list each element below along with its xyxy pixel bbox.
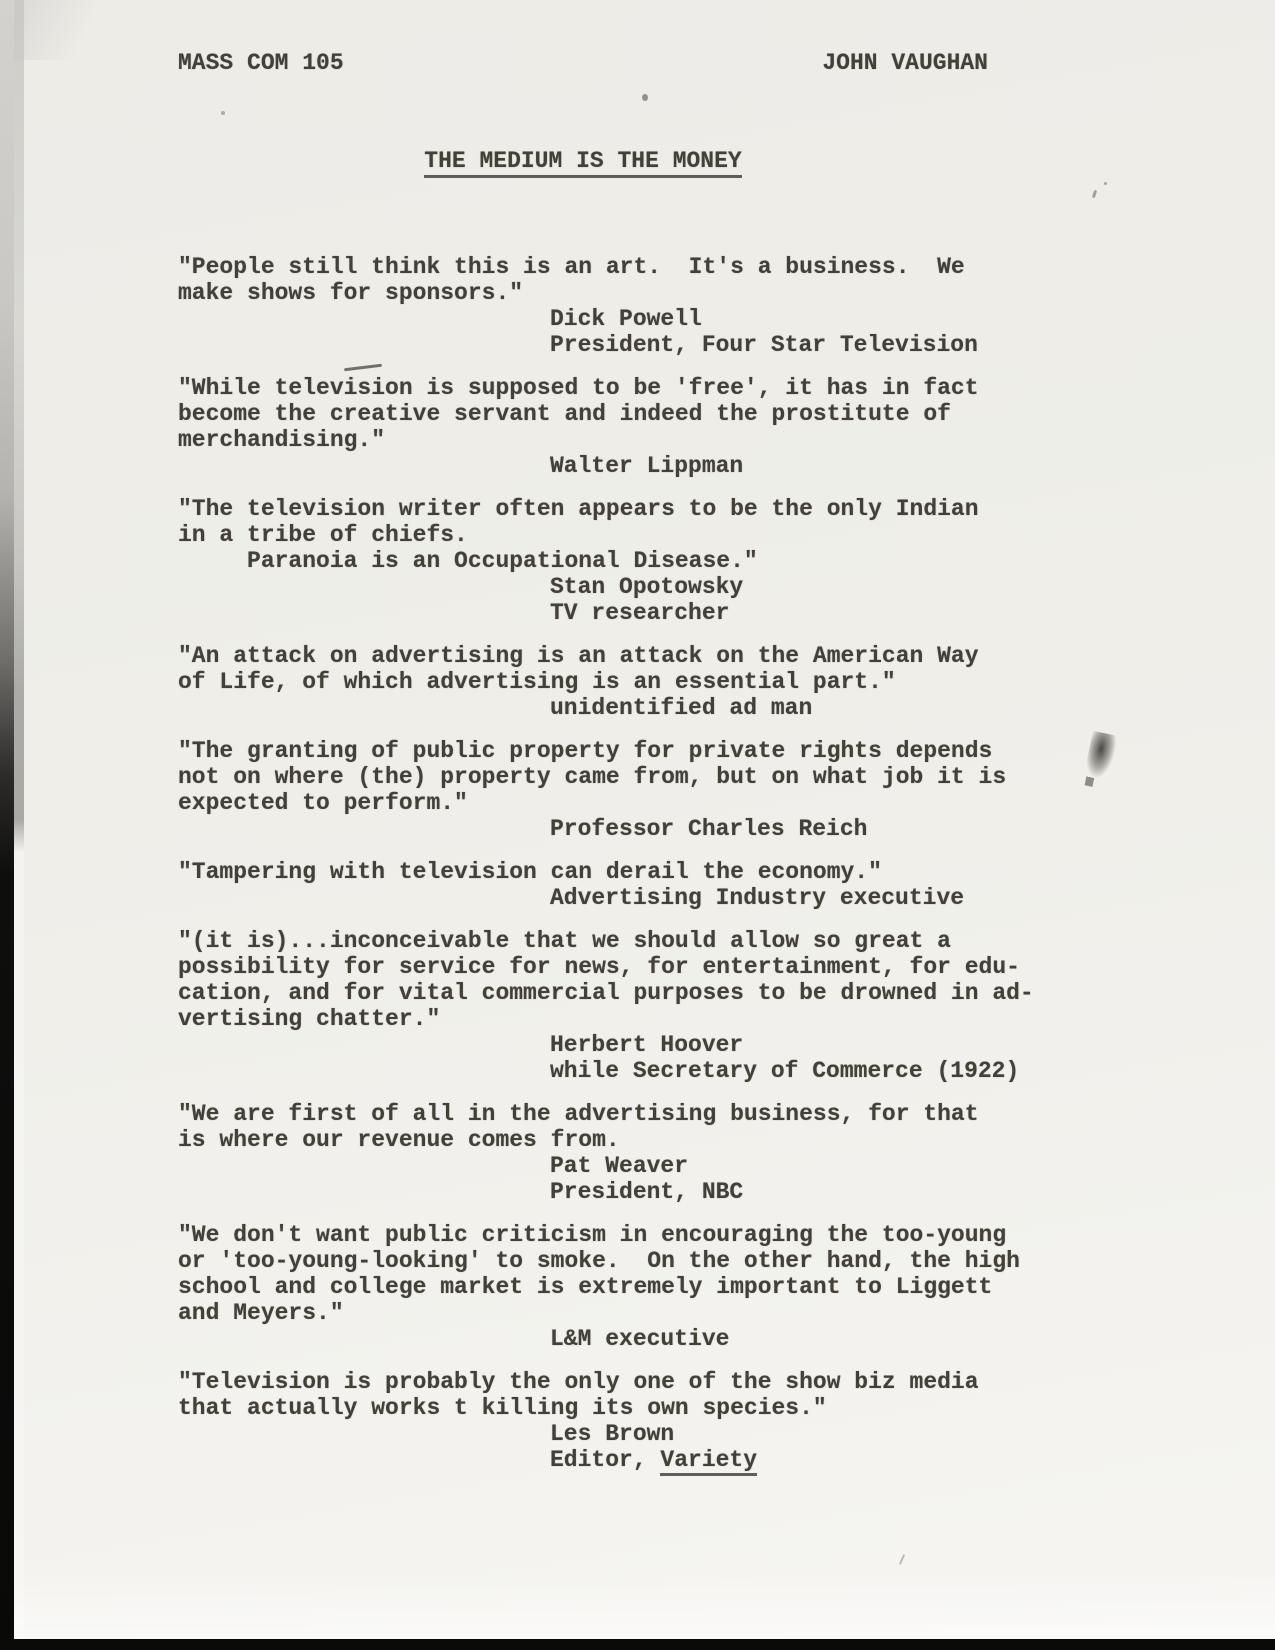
quote-attribution: Advertising Industry executive xyxy=(550,885,1058,911)
quote-block-5: "The granting of public property for pri… xyxy=(178,738,1058,842)
attribution-publication-underlined: Variety xyxy=(660,1447,757,1476)
quote-text: "We don't want public criticism in encou… xyxy=(178,1222,1058,1326)
title-wrap: THE MEDIUM IS THE MONEY xyxy=(178,148,988,178)
quote-text: "We are first of all in the advertising … xyxy=(178,1101,1058,1153)
quote-attribution: Pat Weaver President, NBC xyxy=(550,1153,1058,1205)
document-title: THE MEDIUM IS THE MONEY xyxy=(424,148,741,178)
quote-attribution: Les BrownEditor, Variety xyxy=(550,1421,1058,1473)
quote-attribution: Dick Powell President, Four Star Televis… xyxy=(550,306,1058,358)
scanner-bed-bottom-edge xyxy=(0,1639,1275,1650)
quote-attribution: Stan Opotowsky TV researcher xyxy=(550,574,1058,626)
quote-text: "The granting of public property for pri… xyxy=(178,738,1058,816)
quote-attribution: unidentified ad man xyxy=(550,695,1058,721)
course-code: MASS COM 105 xyxy=(178,50,344,76)
quote-text: "(it is)...inconceivable that we should … xyxy=(178,928,1058,1032)
document-content: MASS COM 105 JOHN VAUGHAN THE MEDIUM IS … xyxy=(178,0,1058,1490)
quote-text: "An attack on advertising is an attack o… xyxy=(178,643,1058,695)
quote-block-4: "An attack on advertising is an attack o… xyxy=(178,643,1058,721)
quote-text: "The television writer often appears to … xyxy=(178,496,1058,574)
quote-attribution: Herbert Hoover while Secretary of Commer… xyxy=(550,1032,1058,1084)
quote-block-3: "The television writer often appears to … xyxy=(178,496,1058,626)
page-header: MASS COM 105 JOHN VAUGHAN xyxy=(178,50,988,76)
quote-text: "Television is probably the only one of … xyxy=(178,1369,1058,1421)
quote-list: "People still think this is an art. It's… xyxy=(178,254,1058,1473)
quote-block-1: "People still think this is an art. It's… xyxy=(178,254,1058,358)
quote-text: "People still think this is an art. It's… xyxy=(178,254,1058,306)
quote-text: "While television is supposed to be 'fre… xyxy=(178,375,1058,453)
quote-block-2: "While television is supposed to be 'fre… xyxy=(178,375,1058,479)
quote-block-9: "We don't want public criticism in encou… xyxy=(178,1222,1058,1352)
attribution-name: Les Brown xyxy=(550,1421,674,1447)
attribution-role: Editor, xyxy=(550,1447,660,1473)
quote-attribution: Walter Lippman xyxy=(550,453,1058,479)
quote-block-6: "Tampering with television can derail th… xyxy=(178,859,1058,911)
author-name: JOHN VAUGHAN xyxy=(822,50,988,76)
quote-block-10: "Television is probably the only one of … xyxy=(178,1369,1058,1473)
scanned-page: MASS COM 105 JOHN VAUGHAN THE MEDIUM IS … xyxy=(0,0,1275,1650)
quote-block-7: "(it is)...inconceivable that we should … xyxy=(178,928,1058,1084)
quote-attribution: Professor Charles Reich xyxy=(550,816,1058,842)
scanner-bed-left-edge xyxy=(0,0,14,1650)
quote-text: "Tampering with television can derail th… xyxy=(178,859,1058,885)
quote-attribution: L&M executive xyxy=(550,1326,1058,1352)
quote-block-8: "We are first of all in the advertising … xyxy=(178,1101,1058,1205)
